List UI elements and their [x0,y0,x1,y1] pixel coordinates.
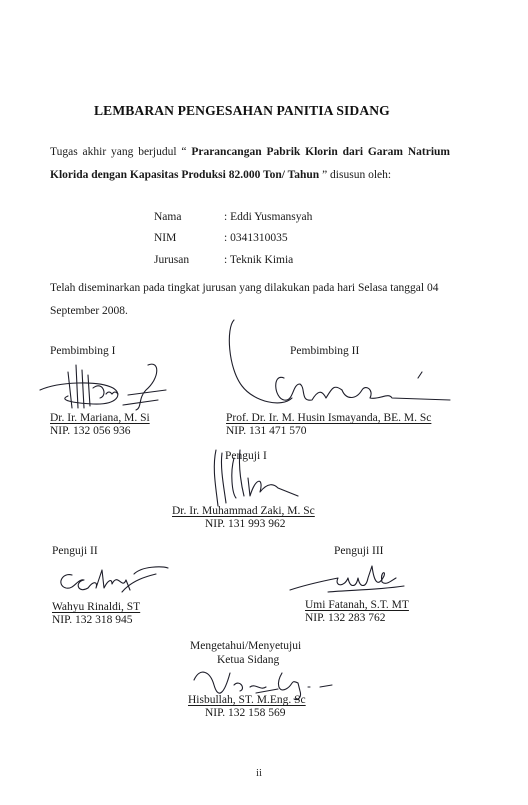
penguji-1-name: Dr. Ir. Muhammad Zaki, M. Sc [172,505,315,517]
penguji-2-nip: NIP. 132 318 945 [52,614,133,626]
ketua-role: Ketua Sidang [217,654,279,666]
value: : Teknik Kimia [224,249,312,271]
signature-pembimbing-1-icon [38,360,168,415]
penguji-2-role: Penguji II [52,545,98,557]
penguji-3-name: Umi Fatanah, S.T. MT [305,599,409,611]
pembimbing-1-nip: NIP. 132 056 936 [50,425,131,437]
value: : 0341310035 [224,228,312,250]
penguji-1-nip: NIP. 131 993 962 [205,518,286,530]
signature-penguji-2-icon [52,560,172,600]
ketua-nip: NIP. 132 158 569 [205,707,286,719]
label: Nama [154,206,224,228]
penguji-2-name: Wahyu Rinaldi, ST [52,601,140,613]
label: NIM [154,228,224,250]
signature-pembimbing-2-icon [222,318,457,410]
student-row-name: Nama : Eddi Yusmansyah [154,206,312,228]
seminar-paragraph: Telah diseminarkan pada tingkat jurusan … [50,277,470,322]
approval-label: Mengetahui/Menyetujui [190,640,301,652]
ketua-name: Hisbullah, ST. M.Eng. Sc [188,694,306,706]
pembimbing-2-role: Pembimbing II [290,345,359,357]
penguji-3-nip: NIP. 132 283 762 [305,612,386,624]
label: Jurusan [154,249,224,271]
intro-suffix: ” disusun oleh: [319,169,391,181]
student-row-nim: NIM : 0341310035 [154,228,312,250]
penguji-1-role: Penguji I [225,450,267,462]
page-title: LEMBARAN PENGESAHAN PANITIA SIDANG [94,103,390,119]
pembimbing-2-name: Prof. Dr. Ir. M. Husin Ismayanda, BE. M.… [226,412,431,424]
signature-penguji-3-icon [288,562,408,600]
pembimbing-1-name: Dr. Ir. Mariana, M. Si [50,412,150,424]
value: : Eddi Yusmansyah [224,206,312,228]
pembimbing-2-nip: NIP. 131 471 570 [226,425,307,437]
student-identity-table: Nama : Eddi Yusmansyah NIM : 0341310035 … [154,206,312,271]
student-row-major: Jurusan : Teknik Kimia [154,249,312,271]
intro-paragraph: Tugas akhir yang berjudul “ Prarancangan… [50,141,450,186]
page-number: ii [256,767,262,779]
intro-prefix: Tugas akhir yang berjudul “ [50,146,191,158]
penguji-3-role: Penguji III [334,545,384,557]
pembimbing-1-role: Pembimbing I [50,345,116,357]
